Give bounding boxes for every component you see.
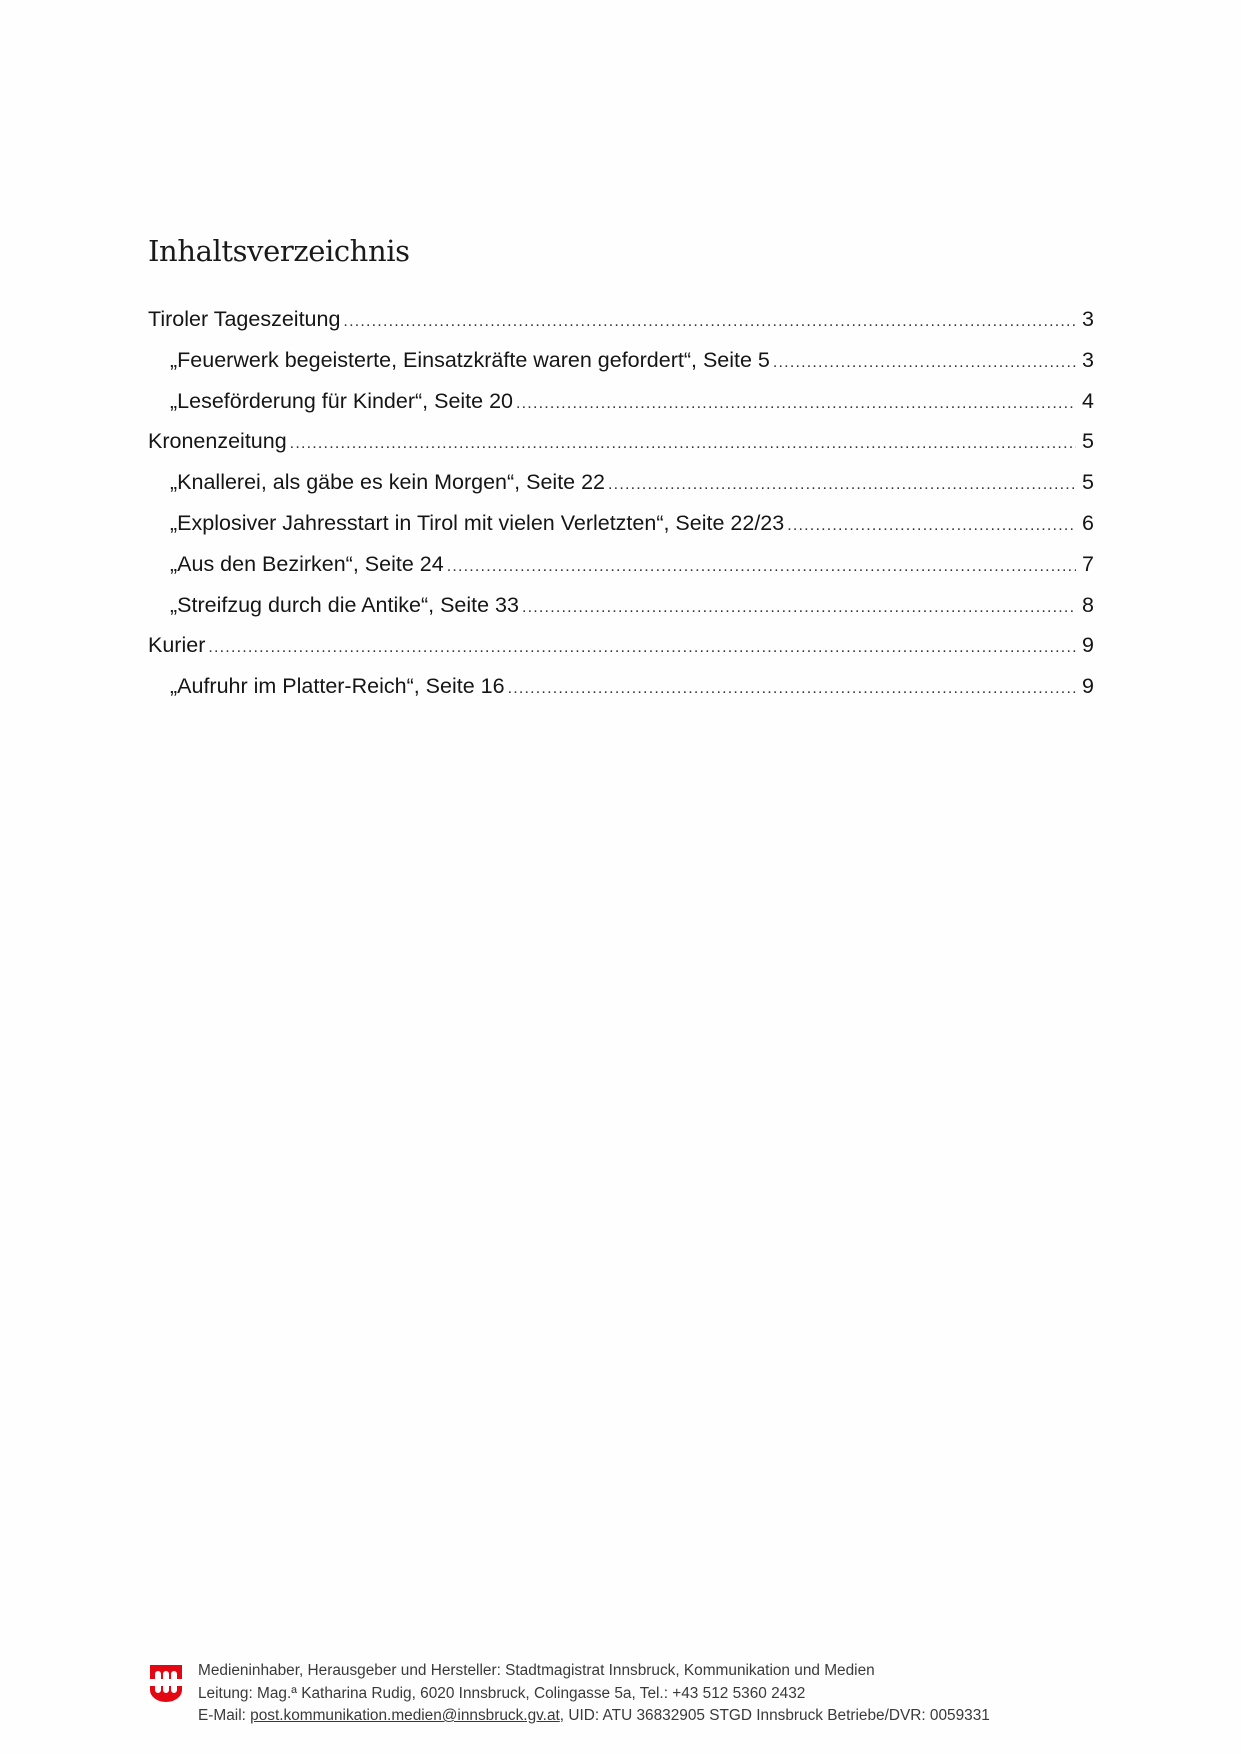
toc-page-number: 5 <box>1076 470 1094 495</box>
toc-page-number: 5 <box>1076 429 1094 454</box>
toc-entry-label: „Feuerwerk begeisterte, Einsatzkräfte wa… <box>170 348 773 373</box>
imprint: Medieninhaber, Herausgeber und Herstelle… <box>198 1660 990 1728</box>
dot-leader <box>516 395 1076 413</box>
toc-article-entry[interactable]: „Aufruhr im Platter-Reich“, Seite 169 <box>148 674 1094 715</box>
toc-entry-label: Kurier <box>148 633 208 658</box>
toc-article-entry[interactable]: „Knallerei, als gäbe es kein Morgen“, Se… <box>148 470 1094 511</box>
imprint-line-2: Leitung: Mag.ª Katharina Rudig, 6020 Inn… <box>198 1683 990 1706</box>
toc-entry-label: „Streifzug durch die Antike“, Seite 33 <box>170 593 522 618</box>
uid-text: , UID: ATU 36832905 STGD Innsbruck Betri… <box>560 1707 990 1724</box>
email-link[interactable]: post.kommunikation.medien@innsbruck.gv.a… <box>250 1707 560 1724</box>
toc-page-number: 6 <box>1076 511 1094 536</box>
toc-entry-label: „Aufruhr im Platter-Reich“, Seite 16 <box>170 674 508 699</box>
dot-leader <box>343 313 1076 331</box>
toc-article-entry[interactable]: „Leseförderung für Kinder“, Seite 204 <box>148 389 1094 430</box>
toc-page-number: 4 <box>1076 389 1094 414</box>
footer: Medieninhaber, Herausgeber und Herstelle… <box>149 1660 990 1728</box>
dot-leader <box>447 558 1076 576</box>
toc-page-number: 7 <box>1076 552 1094 577</box>
toc-page-number: 9 <box>1076 674 1094 699</box>
toc-heading: Inhaltsverzeichnis <box>148 234 410 268</box>
toc-entry-label: Tiroler Tageszeitung <box>148 307 343 332</box>
dot-leader <box>608 476 1076 494</box>
dot-leader <box>208 639 1076 657</box>
toc-page-number: 8 <box>1076 593 1094 618</box>
toc-page-number: 3 <box>1076 307 1094 332</box>
innsbruck-city-logo-icon <box>149 1662 183 1704</box>
toc-entry-label: „Leseförderung für Kinder“, Seite 20 <box>170 389 516 414</box>
dot-leader <box>290 435 1076 453</box>
toc-entry-label: „Explosiver Jahresstart in Tirol mit vie… <box>170 511 787 536</box>
dot-leader <box>773 354 1076 372</box>
dot-leader <box>787 517 1076 535</box>
toc-section-entry[interactable]: Tiroler Tageszeitung3 <box>148 307 1094 348</box>
imprint-line-1: Medieninhaber, Herausgeber und Herstelle… <box>198 1660 990 1683</box>
toc-entry-label: Kronenzeitung <box>148 429 290 454</box>
toc-section-entry[interactable]: Kronenzeitung5 <box>148 429 1094 470</box>
toc-section-entry[interactable]: Kurier9 <box>148 633 1094 674</box>
toc-article-entry[interactable]: „Aus den Bezirken“, Seite 247 <box>148 552 1094 593</box>
toc-page-number: 3 <box>1076 348 1094 373</box>
toc-entry-label: „Aus den Bezirken“, Seite 24 <box>170 552 447 577</box>
email-label: E-Mail: <box>198 1707 250 1724</box>
toc-article-entry[interactable]: „Streifzug durch die Antike“, Seite 338 <box>148 593 1094 634</box>
table-of-contents: Tiroler Tageszeitung3„Feuerwerk begeiste… <box>148 307 1094 715</box>
dot-leader <box>508 680 1076 698</box>
toc-page-number: 9 <box>1076 633 1094 658</box>
toc-entry-label: „Knallerei, als gäbe es kein Morgen“, Se… <box>170 470 608 495</box>
imprint-line-3: E-Mail: post.kommunikation.medien@innsbr… <box>198 1705 990 1728</box>
toc-article-entry[interactable]: „Explosiver Jahresstart in Tirol mit vie… <box>148 511 1094 552</box>
dot-leader <box>522 599 1076 617</box>
toc-article-entry[interactable]: „Feuerwerk begeisterte, Einsatzkräfte wa… <box>148 348 1094 389</box>
